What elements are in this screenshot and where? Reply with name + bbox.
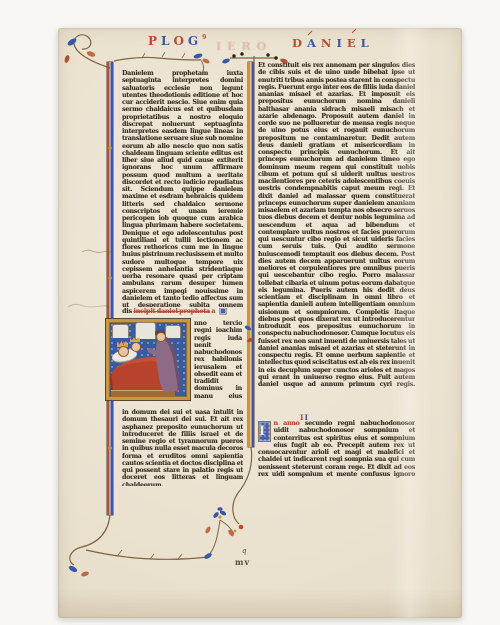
show-through-ghost-title: IERO [216,40,272,53]
photo-background: PLOG9 IERO DANIEL Danielem prophetam iux… [0,0,500,625]
header-letter: A [307,36,319,50]
canopy-tower-icon [135,322,156,339]
right-column-text: Et constituit eis rex annonam per singul… [258,62,415,418]
corrector-tick-marks [308,29,356,35]
header-letter: E [347,36,359,50]
chapter-two-opening: I n anno secundo regni nabuchodonosor ui… [258,420,415,478]
text-beside-miniature: nno tercio regni ioachim regis iuda ueni… [194,320,242,398]
running-title-daniel: DANIEL [292,36,374,50]
header-letter: G [188,34,200,48]
rubric-lead: dis [122,308,132,315]
canopy-tower-icon [165,325,181,338]
header-letter: L [161,34,171,48]
rubric-end-block-icon [220,308,226,314]
quire-signature: mv [235,557,250,567]
illuminated-initial-I: I [258,421,271,442]
abbreviation-mark: 9 [202,34,208,41]
header-letter: D [292,36,305,50]
header-letter: L [361,36,372,50]
header-letter: O [173,34,185,48]
header-letter: P [148,34,159,48]
quire-flourish-mark: q [242,547,246,555]
canopy-tower-icon [112,324,129,338]
chapter-lead-red-text: n anno [274,420,300,427]
rubric-tail: a [211,308,215,315]
chapter-body-text: secundo regni nabuchodonosor uidit nabuc… [258,420,415,478]
left-column-prologue-text: Danielem prophetam iuxta septuaginta int… [122,70,243,307]
sleeping-king-head [118,346,129,357]
left-column-lower-text: in domum dei sui et uasa intulit in domu… [122,409,243,486]
header-letter: I [336,36,344,50]
historiated-initial-miniature [106,319,190,400]
second-crowned-head [131,342,141,352]
rubric-line: dis incipit daniel propheta a [122,308,243,317]
left-border-bar [107,62,113,515]
attendant-head [156,332,166,342]
running-title-prologue: PLOG9 [148,34,210,48]
intercolumn-border-bar [248,62,254,447]
header-letter: N [321,36,335,50]
corner-vine [74,35,110,68]
rubric-struck-text: incipit daniel propheta [133,308,209,315]
manuscript-leaf: PLOG9 IERO DANIEL Danielem prophetam iux… [58,28,462,618]
